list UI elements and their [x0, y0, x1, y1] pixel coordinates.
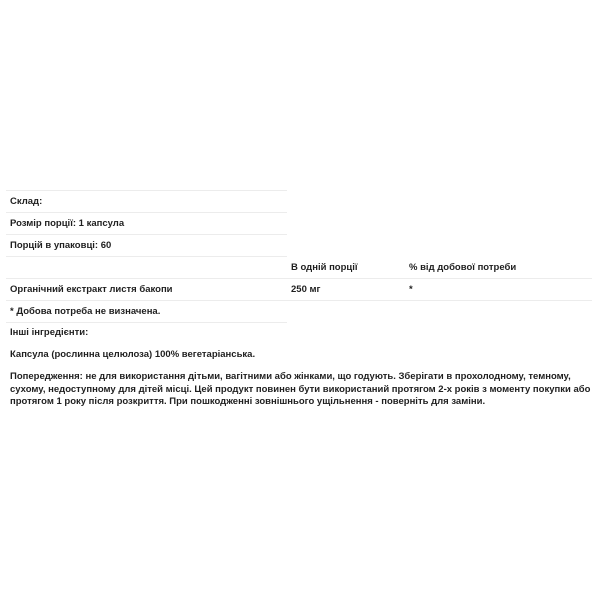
- other-ingredients-section: Інші інгредієнти: Капсула (рослинна целю…: [6, 327, 592, 409]
- capsule-description: Капсула (рослинна целюлоза) 100% вегетар…: [6, 349, 592, 361]
- ingredient-dv: *: [405, 279, 592, 301]
- column-header-amount: В одній порції: [287, 257, 405, 279]
- other-ingredients-label: Інші інгредієнти:: [6, 327, 592, 339]
- serving-size-row: Розмір порції: 1 капсула: [6, 213, 592, 235]
- ingredient-amount: 250 мг: [287, 279, 405, 301]
- ingredient-name: Органічний екстракт листя бакопи: [6, 279, 287, 301]
- servings-per-container: Порцій в упаковці: 60: [6, 235, 287, 257]
- facts-title: Склад:: [6, 191, 287, 213]
- serving-size: Розмір порції: 1 капсула: [6, 213, 287, 235]
- warning-text: Попередження: не для використання дітьми…: [6, 371, 595, 409]
- supplement-facts: Склад: Розмір порції: 1 капсула Порцій в…: [6, 190, 592, 323]
- footnote-row: * Добова потреба не визначена.: [6, 301, 592, 323]
- table-row: Органічний екстракт листя бакопи 250 мг …: [6, 279, 592, 301]
- servings-per-container-row: Порцій в упаковці: 60: [6, 235, 592, 257]
- column-header-dv: % від добової потреби: [405, 257, 592, 279]
- supplement-facts-table: Склад: Розмір порції: 1 капсула Порцій в…: [6, 190, 592, 323]
- footnote: * Добова потреба не визначена.: [6, 301, 287, 323]
- facts-title-row: Склад:: [6, 191, 592, 213]
- column-header-row: В одній порції % від добової потреби: [6, 257, 592, 279]
